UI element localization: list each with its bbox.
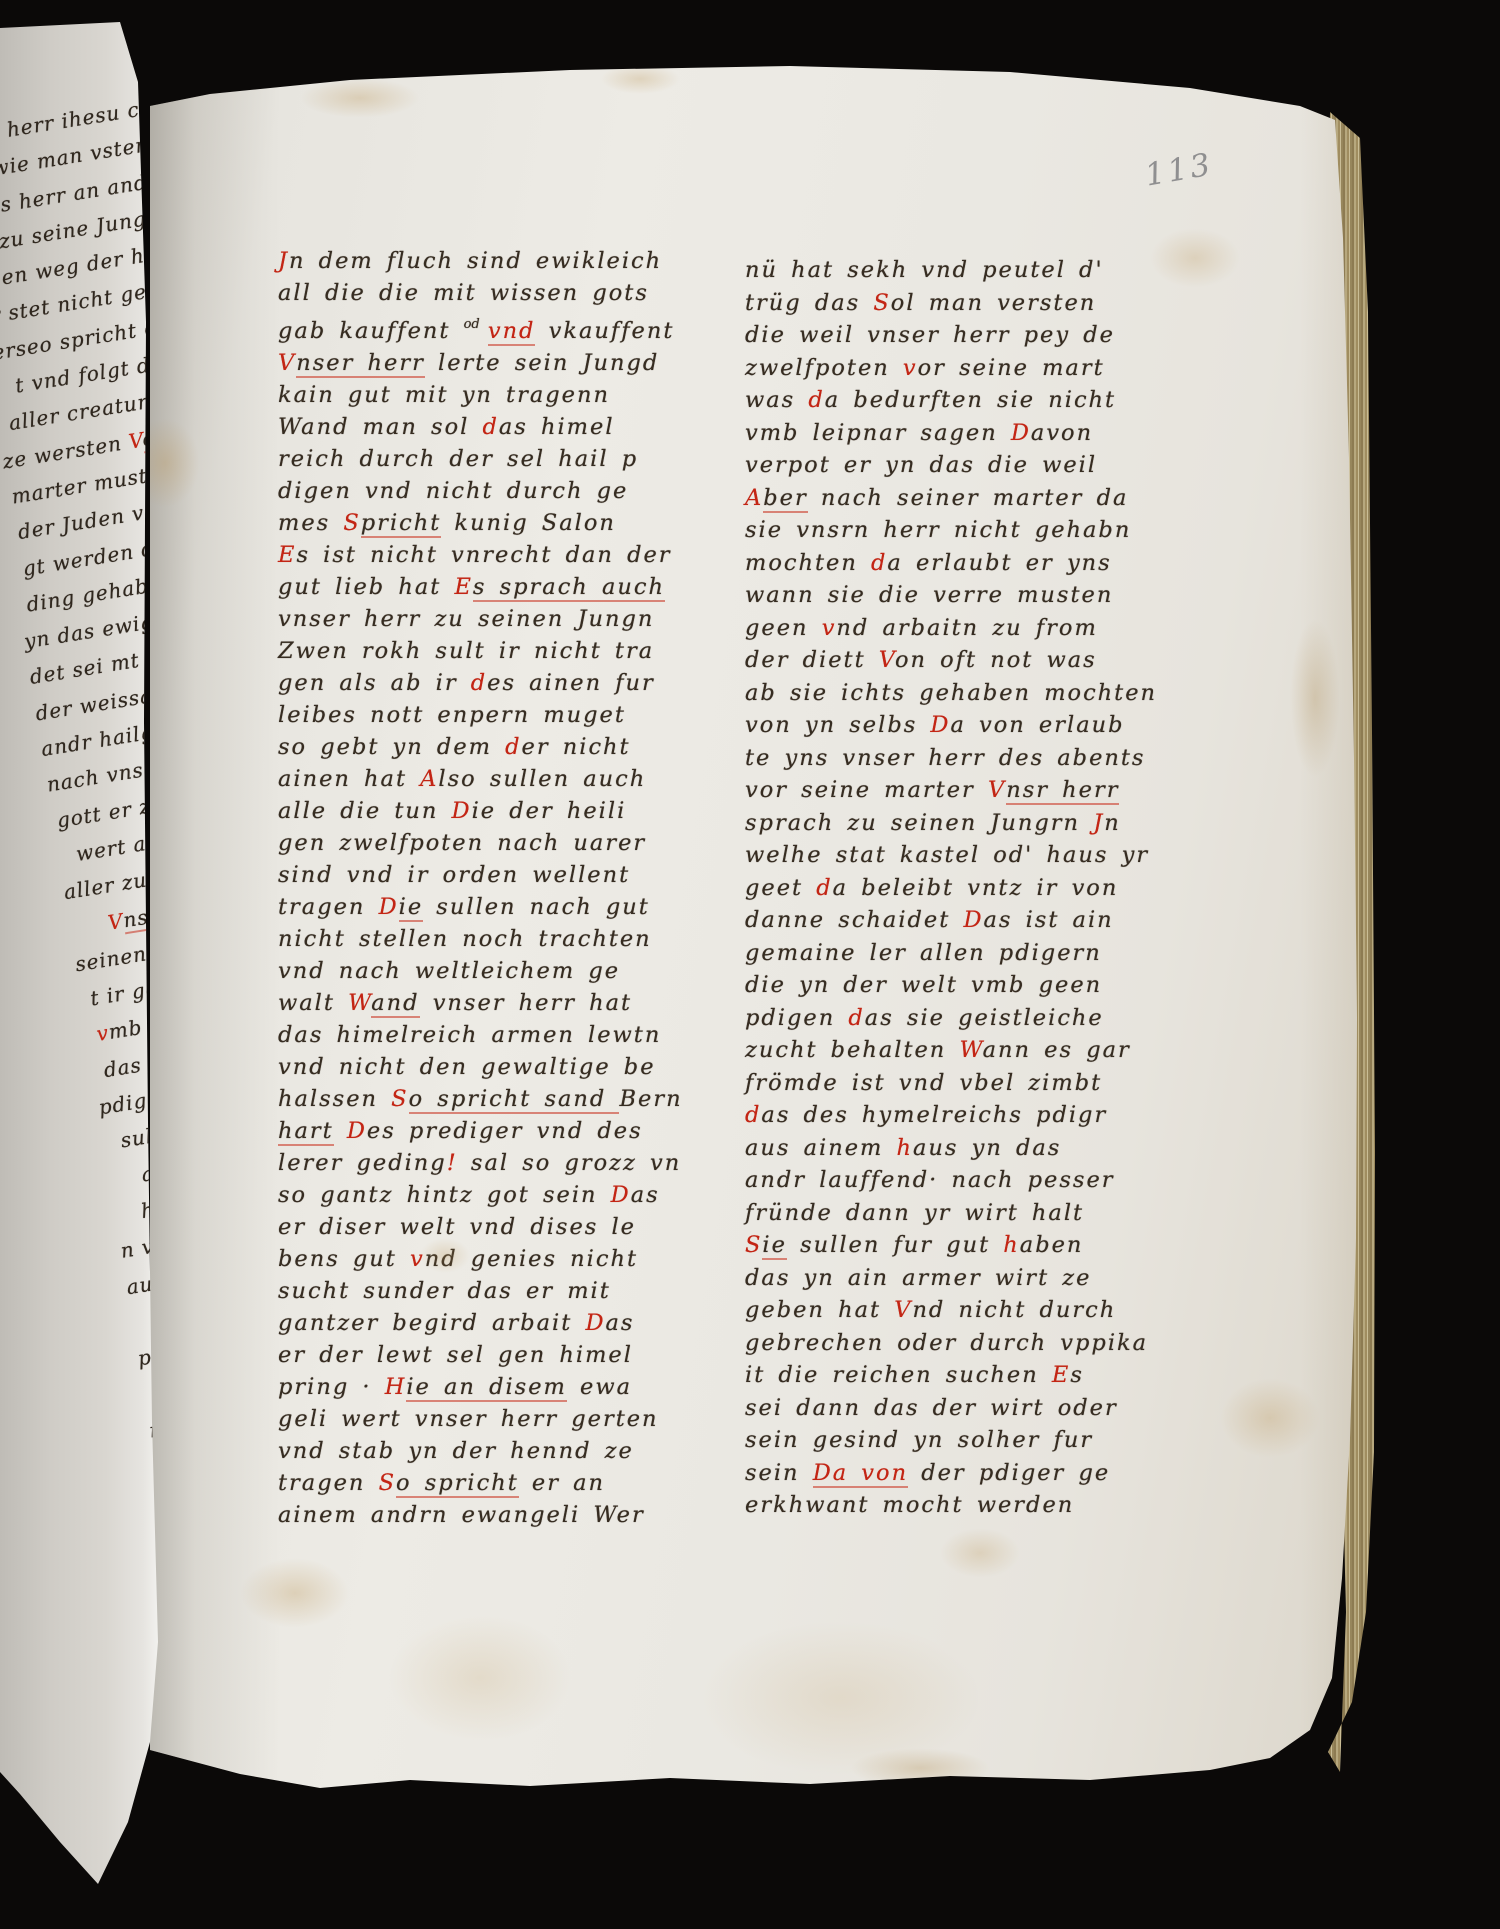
text-line: tragen So spricht er an: [278, 1467, 683, 1499]
text-line: Wand man sol das himel: [278, 411, 683, 443]
stain: [1290, 618, 1340, 778]
text-line: kain gut mit yn tragenn: [278, 379, 683, 411]
text-line: walt Wand vnser herr hat: [278, 987, 683, 1019]
text-line: so gantz hintz got sein Das: [278, 1179, 683, 1211]
text-line: vor seine marter Vnsr herr: [745, 774, 1157, 807]
text-line: Zwen rokh sult ir nicht tra: [278, 635, 683, 667]
text-line: er diser welt vnd dises le: [278, 1211, 683, 1243]
text-line: mochten da erlaubt er yns: [745, 547, 1157, 580]
text-line: gemaine ler allen pdigern: [745, 937, 1157, 970]
text-line: ainem andrn ewangeli Wer: [278, 1499, 683, 1531]
text-line: nicht stellen noch trachten: [278, 923, 683, 955]
manuscript-photo: 113 Jn dem fluch sind ewikleichall die d…: [0, 0, 1500, 1929]
text-line: te yns vnser herr des abents: [745, 742, 1157, 775]
text-line: gebrechen oder durch vppika: [745, 1327, 1157, 1360]
text-line: bens gut vnd genies nicht: [278, 1243, 683, 1275]
text-line: digen vnd nicht durch ge: [278, 475, 683, 507]
text-line: alle die tun Die der heili: [278, 795, 683, 827]
text-line: vmb leipnar sagen Davon: [745, 417, 1157, 450]
facing-page-sliver: stas herr ihesu crispgt wie man vsten so…: [0, 22, 170, 1902]
text-line: wann sie die verre musten: [745, 579, 1157, 612]
stain: [300, 78, 420, 118]
text-line: ainen hat Also sullen auch: [278, 763, 683, 795]
text-line: sein Da von der pdiger ge: [745, 1457, 1157, 1490]
text-line: hart Des prediger vnd des: [278, 1115, 683, 1147]
stain: [1150, 228, 1240, 288]
text-line: geen vnd arbaitn zu from: [745, 612, 1157, 645]
text-line: mes Spricht kunig Salon: [278, 507, 683, 539]
text-line: vnd stab yn der hennd ze: [278, 1435, 683, 1467]
text-line: danne schaidet Das ist ain: [745, 904, 1157, 937]
folio-number: 113: [1142, 146, 1215, 193]
text-line: gen als ab ir des ainen fur: [278, 667, 683, 699]
text-line: Sie sullen fur gut haben: [745, 1229, 1157, 1262]
text-line: die weil vnser herr pey de: [745, 319, 1157, 352]
text-line: ab sie ichts gehaben mochten: [745, 677, 1157, 710]
text-line: die yn der welt vmb geen: [745, 969, 1157, 1002]
text-line: all die die mit wissen gots: [278, 277, 683, 309]
text-line: sein gesind yn solher fur: [745, 1424, 1157, 1457]
text-column-left: Jn dem fluch sind ewikleichall die die m…: [278, 245, 683, 1531]
text-line: das himelreich armen lewtn: [278, 1019, 683, 1051]
text-line: leibes nott enpern muget: [278, 699, 683, 731]
text-line: von yn selbs Da von erlaub: [745, 709, 1157, 742]
text-line: Aber nach seiner marter da: [745, 482, 1157, 515]
text-line: pring · Hie an disem ewa: [278, 1371, 683, 1403]
text-line: andr lauffend· nach pesser: [745, 1164, 1157, 1197]
text-line: pdigen das sie geistleiche: [745, 1002, 1157, 1035]
text-line: sind vnd ir orden wellent: [278, 859, 683, 891]
text-line: gantzer begird arbait Das: [278, 1307, 683, 1339]
text-line: gab kauffent od vnd vkauffent: [278, 309, 683, 347]
text-line: der diett Von oft not was: [745, 644, 1157, 677]
text-line: nü hat sekh vnd peutel d': [745, 254, 1157, 287]
text-line: aus ainem haus yn das: [745, 1132, 1157, 1165]
text-line: Vnser herr lerte sein Jungd: [278, 347, 683, 379]
text-line: geet da beleibt vntz ir von: [745, 872, 1157, 905]
stain: [1220, 1378, 1320, 1458]
text-line: das yn ain armer wirt ze: [745, 1262, 1157, 1295]
stain: [240, 1558, 350, 1628]
text-line: lerer geding! sal so grozz vn: [278, 1147, 683, 1179]
text-line: Jn dem fluch sind ewikleich: [278, 245, 683, 277]
text-line: erkhwant mocht werden: [745, 1489, 1157, 1522]
text-column-right: nü hat sekh vnd peutel d'trüg das Sol ma…: [745, 254, 1157, 1522]
text-line: geben hat Vnd nicht durch: [745, 1294, 1157, 1327]
text-line: gen zwelfpoten nach uarer: [278, 827, 683, 859]
facing-page-text: stas herr ihesu crispgt wie man vsten so…: [0, 84, 170, 1556]
text-line: geli wert vnser herr gerten: [278, 1403, 683, 1435]
text-line: Es ist nicht vnrecht dan der: [278, 539, 683, 571]
text-line: zucht behalten Wann es gar: [745, 1034, 1157, 1067]
manuscript-page: 113 Jn dem fluch sind ewikleichall die d…: [150, 58, 1380, 1820]
text-line: das des hymelreichs pdigr: [745, 1099, 1157, 1132]
text-line: it die reichen suchen Es: [745, 1359, 1157, 1392]
text-line: trüg das Sol man versten: [745, 287, 1157, 320]
text-line: verpot er yn das die weil: [745, 449, 1157, 482]
text-line: halssen So spricht sand Bern: [278, 1083, 683, 1115]
text-line: vnser herr zu seinen Jungn: [278, 603, 683, 635]
text-line: welhe stat kastel od' haus yr: [745, 839, 1157, 872]
text-line: vnd nach weltleichem ge: [278, 955, 683, 987]
text-line: sprach zu seinen Jungrn Jn: [745, 807, 1157, 840]
text-line: reich durch der sel hail p: [278, 443, 683, 475]
text-line: sie vnsrn herr nicht gehabn: [745, 514, 1157, 547]
text-line: frömde ist vnd vbel zimbt: [745, 1067, 1157, 1100]
text-line: zwelfpoten vor seine mart: [745, 352, 1157, 385]
stain: [850, 1748, 990, 1788]
text-line: er der lewt sel gen himel: [278, 1339, 683, 1371]
text-line: sei dann das der wirt oder: [745, 1392, 1157, 1425]
stain: [600, 64, 680, 94]
text-line: so gebt yn dem der nicht: [278, 731, 683, 763]
text-line: was da bedurften sie nicht: [745, 384, 1157, 417]
text-line: sucht sunder das er mit: [278, 1275, 683, 1307]
stain: [940, 1528, 1020, 1578]
text-line: vnd nicht den gewaltige be: [278, 1051, 683, 1083]
text-line: gut lieb hat Es sprach auch: [278, 571, 683, 603]
text-line: fründe dann yr wirt halt: [745, 1197, 1157, 1230]
text-line: tragen Die sullen nach gut: [278, 891, 683, 923]
